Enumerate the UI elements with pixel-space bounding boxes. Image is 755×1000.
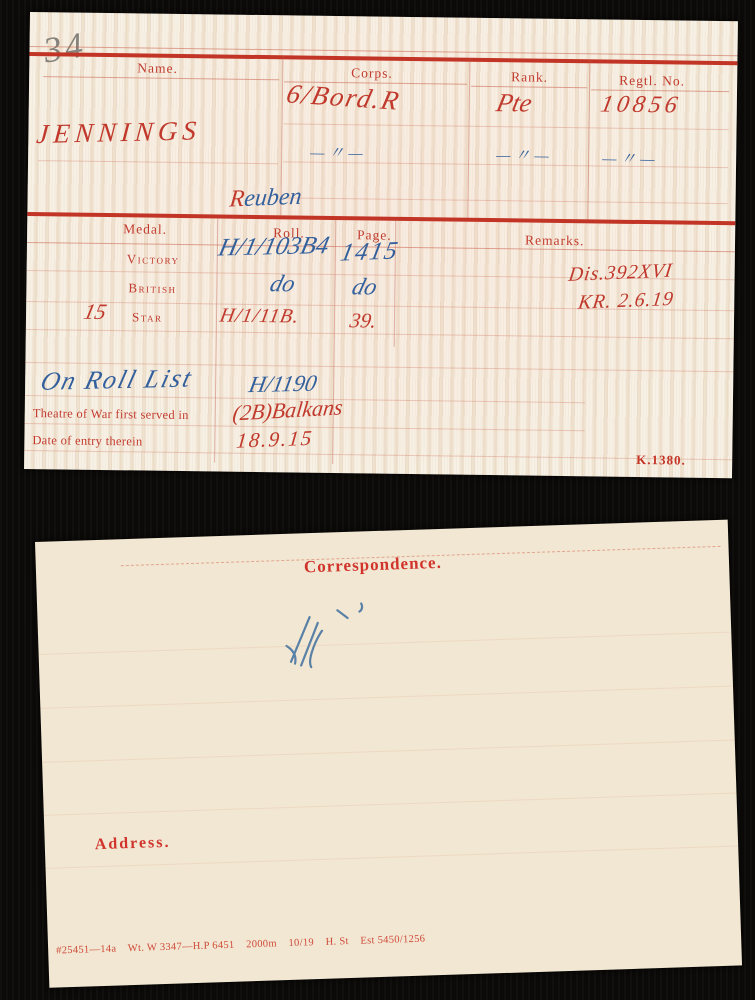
regtl-no-column-label: Regtl. No. (619, 73, 685, 90)
address-label: Address. (95, 834, 171, 854)
remarks-kr-date-note: KR. 2.6.19 (577, 288, 676, 315)
date-of-entry-value: 18.9.15 (235, 426, 314, 454)
correspondence-title: Correspondence. (304, 553, 443, 577)
medal-column-label: Medal. (123, 221, 167, 238)
surname-entry: JENNINGS (35, 115, 202, 150)
column-divider (587, 59, 590, 219)
victory-page-entry: 1415 (338, 237, 402, 268)
rule-line (283, 197, 728, 204)
forename-entry: Reuben (228, 184, 303, 214)
star-roll-entry: H/1/11B. (218, 305, 302, 329)
rule-line (43, 76, 279, 80)
rule-line (42, 740, 735, 763)
scan-background: 34 Name. Corps. Rank. Regtl. No. JENNING… (0, 0, 755, 1000)
rank-column-label: Rank. (511, 69, 548, 85)
corps-entry: 6/Bord.R (283, 79, 403, 117)
star-prefix-entry: 15 (81, 299, 109, 325)
rank-entry: Pte (493, 88, 534, 118)
name-column-label: Name. (137, 60, 178, 77)
ink-scribble (274, 576, 397, 675)
regtl-no-entry: 10856 (598, 92, 683, 120)
rule-line (44, 792, 737, 815)
victory-roll-entry: H/1/103B4 (216, 232, 332, 263)
corps-ditto-mark: — 〃 — (310, 140, 363, 164)
star-medal-label: Star (132, 309, 163, 325)
medal-index-card-front: 34 Name. Corps. Rank. Regtl. No. JENNING… (24, 12, 738, 478)
print-reference: #25451—14a Wt. W 3347—H.P 6451 2000m 10/… (56, 934, 425, 957)
british-medal-label: British (128, 280, 176, 297)
corps-column-label: Corps. (351, 65, 393, 82)
regtl-no-ditto-mark: — 〃 — (602, 146, 655, 170)
rule-line (38, 160, 278, 164)
remarks-column-label: Remarks. (525, 233, 585, 250)
column-divider (467, 58, 470, 218)
roll-ref-entry: H/1190 (247, 371, 319, 399)
remarks-discharge-note: Dis.392XVI (567, 260, 674, 287)
theatre-of-war-label: Theatre of War first served in (33, 406, 189, 423)
theatre-of-war-entry: (2B)Balkans (231, 394, 344, 426)
star-page-entry: 39. (348, 308, 378, 333)
rank-ditto-mark: — 〃 — (496, 142, 549, 166)
victory-medal-label: Victory (127, 251, 180, 268)
rule-line (284, 123, 729, 130)
date-of-entry-label: Date of entry therein (32, 433, 142, 449)
british-page-ditto: do (349, 274, 380, 301)
rule-line (26, 329, 734, 339)
roll-list-note: On Roll List (37, 363, 196, 396)
british-roll-ditto: do (267, 271, 298, 298)
medal-index-card-back: Correspondence. Address. #25451—14a Wt. … (35, 520, 742, 988)
form-reference: K.1380. (636, 452, 686, 469)
rule-line (24, 450, 732, 460)
rule-line (40, 686, 733, 709)
